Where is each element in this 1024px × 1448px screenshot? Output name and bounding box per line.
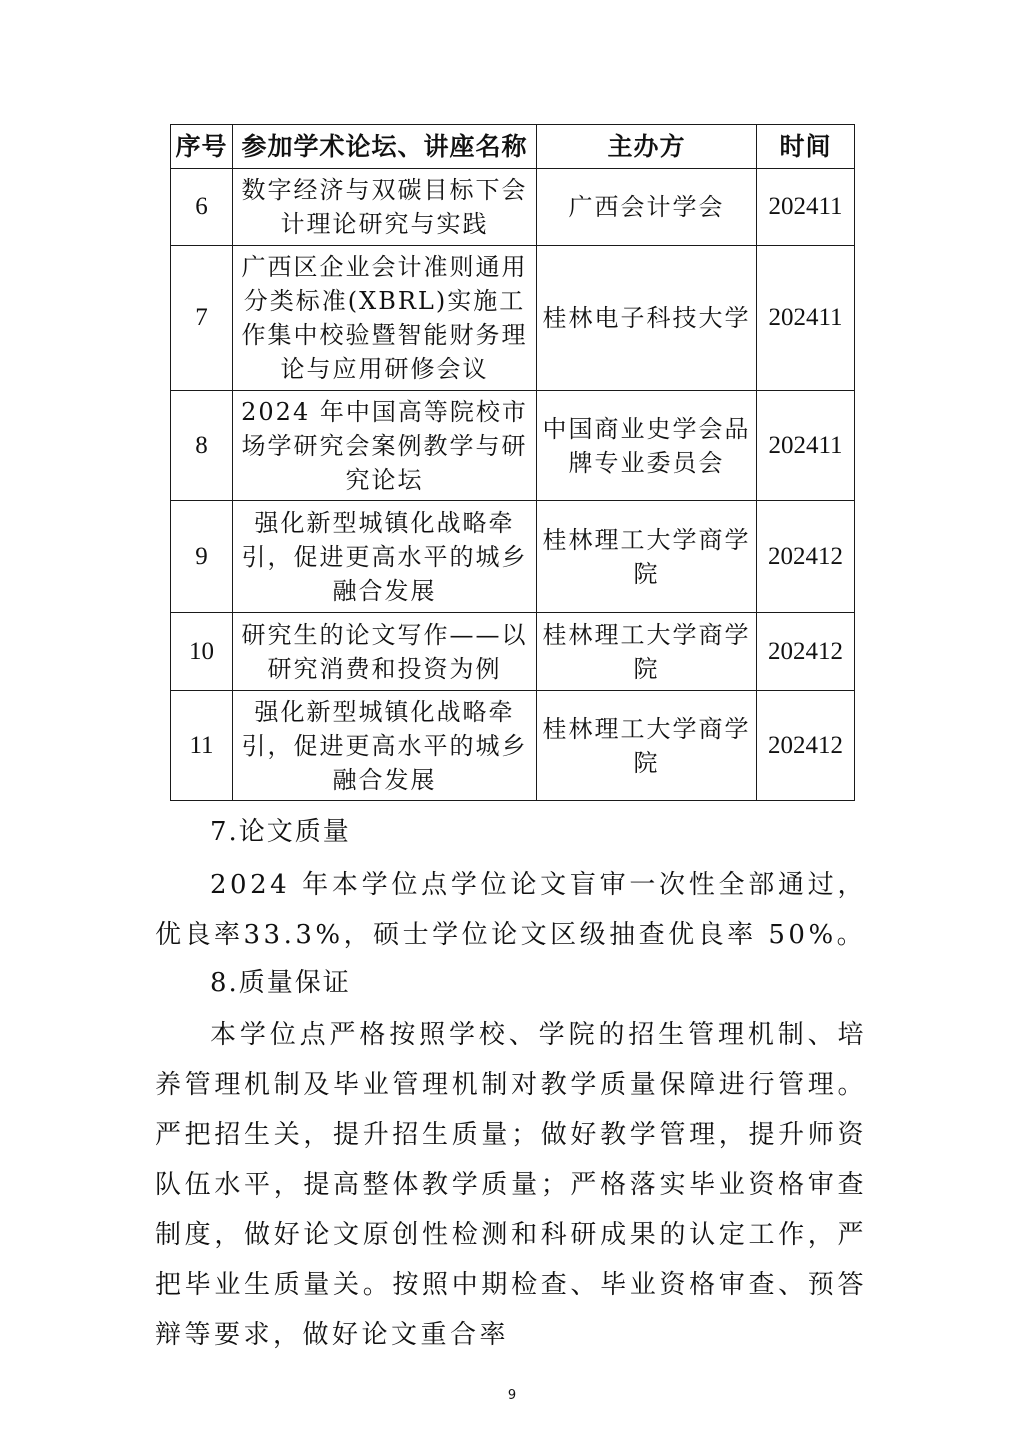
header-no: 序号 xyxy=(171,125,233,169)
row-time: 202412 xyxy=(757,501,855,613)
table-header-row: 序号 参加学术论坛、讲座名称 主办方 时间 xyxy=(171,125,855,169)
table-row: 9 强化新型城镇化战略牵引，促进更高水平的城乡融合发展 桂林理工大学商学院 20… xyxy=(171,501,855,613)
row-forum-name: 广西区企业会计准则通用分类标准(XBRL)实施工作集中校验暨智能财务理论与应用研… xyxy=(233,246,537,391)
row-organizer: 广西会计学会 xyxy=(537,169,757,246)
row-organizer: 桂林理工大学商学院 xyxy=(537,501,757,613)
row-forum-name: 2024 年中国高等院校市场学研究会案例教学与研究论坛 xyxy=(233,391,537,501)
section-heading-quality-assurance: 8.质量保证 xyxy=(210,966,351,1000)
header-organizer: 主办方 xyxy=(537,125,757,169)
section-body-thesis-quality: 2024 年本学位点学位论文盲审一次性全部通过，优良率33.3%，硕士学位论文区… xyxy=(155,860,867,960)
row-forum-name: 强化新型城镇化战略牵引，促进更高水平的城乡融合发展 xyxy=(233,501,537,613)
document-page: 序号 参加学术论坛、讲座名称 主办方 时间 6 数字经济与双碳目标下会计理论研究… xyxy=(0,0,1024,1448)
row-no: 8 xyxy=(171,391,233,501)
table-row: 10 研究生的论文写作——以研究消费和投资为例 桂林理工大学商学院 202412 xyxy=(171,613,855,691)
table-row: 6 数字经济与双碳目标下会计理论研究与实践 广西会计学会 202411 xyxy=(171,169,855,246)
table-row: 11 强化新型城镇化战略牵引，促进更高水平的城乡融合发展 桂林理工大学商学院 2… xyxy=(171,691,855,801)
row-no: 11 xyxy=(171,691,233,801)
table-row: 7 广西区企业会计准则通用分类标准(XBRL)实施工作集中校验暨智能财务理论与应… xyxy=(171,246,855,391)
section-body-quality-assurance: 本学位点严格按照学校、学院的招生管理机制、培养管理机制及毕业管理机制对教学质量保… xyxy=(155,1010,867,1360)
row-no: 7 xyxy=(171,246,233,391)
row-forum-name: 数字经济与双碳目标下会计理论研究与实践 xyxy=(233,169,537,246)
page-number: 9 xyxy=(0,1388,1024,1403)
row-forum-name: 强化新型城镇化战略牵引，促进更高水平的城乡融合发展 xyxy=(233,691,537,801)
row-no: 6 xyxy=(171,169,233,246)
section-heading-thesis-quality: 7.论文质量 xyxy=(210,815,351,849)
row-time: 202411 xyxy=(757,391,855,501)
row-organizer: 桂林电子科技大学 xyxy=(537,246,757,391)
row-organizer: 桂林理工大学商学院 xyxy=(537,613,757,691)
header-forum-name: 参加学术论坛、讲座名称 xyxy=(233,125,537,169)
header-time: 时间 xyxy=(757,125,855,169)
row-time: 202411 xyxy=(757,246,855,391)
row-no: 9 xyxy=(171,501,233,613)
table-row: 8 2024 年中国高等院校市场学研究会案例教学与研究论坛 中国商业史学会品牌专… xyxy=(171,391,855,501)
row-no: 10 xyxy=(171,613,233,691)
row-time: 202411 xyxy=(757,169,855,246)
row-time: 202412 xyxy=(757,691,855,801)
row-forum-name: 研究生的论文写作——以研究消费和投资为例 xyxy=(233,613,537,691)
row-organizer: 桂林理工大学商学院 xyxy=(537,691,757,801)
row-time: 202412 xyxy=(757,613,855,691)
academic-forum-table: 序号 参加学术论坛、讲座名称 主办方 时间 6 数字经济与双碳目标下会计理论研究… xyxy=(170,124,855,801)
row-organizer: 中国商业史学会品牌专业委员会 xyxy=(537,391,757,501)
